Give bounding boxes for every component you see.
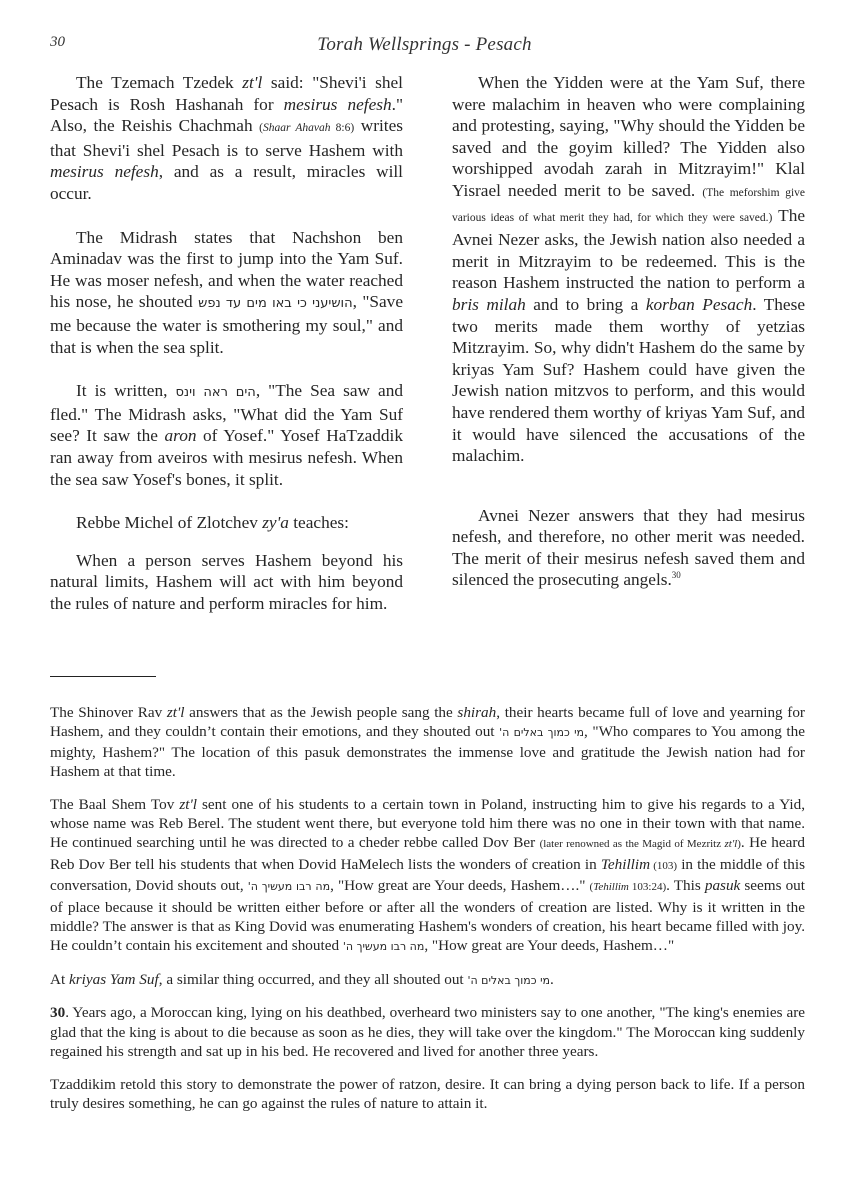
italic-term: mesirus nefesh (284, 95, 392, 114)
italic-term: korban Pesach (646, 295, 752, 314)
source-citation: (Tehillim 103:24) (590, 881, 667, 893)
italic-term: mesirus nefesh (50, 162, 159, 181)
paragraph-sea-saw: It is written, הים ראה וינס, "The Sea sa… (50, 380, 403, 490)
paragraph-teaching: When a person serves Hashem beyond his n… (50, 550, 403, 615)
text: The Tzemach Tzedek (76, 73, 242, 92)
paragraph-nachshon: The Midrash states that Nachshon ben Ami… (50, 227, 403, 359)
text: . These two merits made them worthy of y… (452, 295, 805, 465)
paragraph-rebbe-michel: Rebbe Michel of Zlotchev zy'a teaches: (50, 512, 403, 534)
hebrew-quote: הים ראה וינס (175, 385, 255, 400)
aside-note: (later renowned as the Magid of Mezritz … (540, 838, 741, 850)
text: When the Yidden were at the Yam Suf, the… (452, 73, 805, 200)
italic-term: shirah (457, 704, 496, 721)
honorific: zt'l (167, 704, 185, 721)
text: Rebbe Michel of Zlotchev (76, 513, 262, 532)
footnote-tzaddikim: Tzaddikim retold this story to demonstra… (50, 1075, 805, 1114)
footnote-30: 30. Years ago, a Moroccan king, lying on… (50, 1003, 805, 1061)
paragraph-avnei-nezer-answer: Avnei Nezer answers that they had mesiru… (452, 505, 805, 591)
italic-term: Tehillim (601, 856, 650, 873)
footnotes: The Shinover Rav zt'l answers that as th… (50, 703, 805, 1126)
paragraph-malachim: When the Yidden were at the Yam Suf, the… (452, 72, 805, 467)
hebrew-quote: הושיעני כי באו מים עד נפש (198, 296, 352, 311)
hebrew-quote: מה רבו מעשיך ה' (343, 940, 424, 953)
honorific: zt'l (724, 838, 737, 850)
text: 103:24) (629, 881, 666, 893)
text: . Years ago, a Moroccan king, lying on h… (50, 1004, 805, 1060)
right-column: When the Yidden were at the Yam Suf, the… (452, 72, 805, 630)
text: and to bring a (526, 295, 646, 314)
left-column: The Tzemach Tzedek zt'l said: "Shevi'i s… (50, 72, 403, 630)
text: , "How great are Your deeds, Hashem…." (330, 877, 589, 894)
running-header: 30 Torah Wellsprings - Pesach (50, 34, 799, 58)
footnote-separator (50, 676, 156, 677)
footnote-kriyas-yam-suf: At kriyas Yam Suf, a similar thing occur… (50, 970, 805, 990)
text: , a similar thing occurred, and they all… (159, 971, 468, 988)
text: teaches: (289, 513, 349, 532)
source-title: Tehillim (593, 881, 629, 893)
text: answers that as the Jewish people sang t… (184, 704, 457, 721)
text: It is written, (76, 381, 175, 400)
text: . (550, 971, 554, 988)
text: Avnei Nezer answers that they had mesiru… (452, 506, 805, 590)
italic-term: aron (164, 426, 196, 445)
hebrew-quote: מי כמוך באלים ה' (499, 726, 584, 739)
text: (later renowned as the Magid of Mezritz (540, 838, 725, 850)
text: The Shinover Rav (50, 704, 167, 721)
italic-term: kriyas Yam Suf (69, 971, 159, 988)
honorific: zt'l (179, 796, 197, 813)
document-page: 30 Torah Wellsprings - Pesach The Tzemac… (0, 0, 849, 1200)
book-title: Torah Wellsprings - Pesach (50, 34, 799, 56)
text: . This (666, 877, 705, 894)
source-citation: (Shaar Ahavah 8:6) (259, 122, 354, 134)
honorific: zy'a (262, 513, 289, 532)
footnote-shinover-rav: The Shinover Rav zt'l answers that as th… (50, 703, 805, 782)
text: The Baal Shem Tov (50, 796, 179, 813)
text: At (50, 971, 69, 988)
text: , "How great are Your deeds, Hashem…" (424, 937, 674, 954)
footnote-baal-shem-tov: The Baal Shem Tov zt'l sent one of his s… (50, 795, 805, 957)
italic-term: bris milah (452, 295, 526, 314)
hebrew-quote: מי כמוך באלים ה' (467, 974, 550, 987)
chapter-number: (103) (650, 860, 677, 872)
footnote-number: 30 (50, 1004, 65, 1021)
hebrew-quote: מה רבו מעשיך ה' (248, 880, 330, 893)
paragraph-tzemach-tzedek: The Tzemach Tzedek zt'l said: "Shevi'i s… (50, 72, 403, 205)
source-title: Shaar Ahavah (263, 122, 331, 134)
honorific: zt'l (242, 73, 262, 92)
text: 8:6) (331, 122, 355, 134)
italic-term: pasuk (705, 877, 740, 894)
body-columns: The Tzemach Tzedek zt'l said: "Shevi'i s… (50, 72, 805, 630)
footnote-reference[interactable]: 30 (672, 571, 681, 581)
